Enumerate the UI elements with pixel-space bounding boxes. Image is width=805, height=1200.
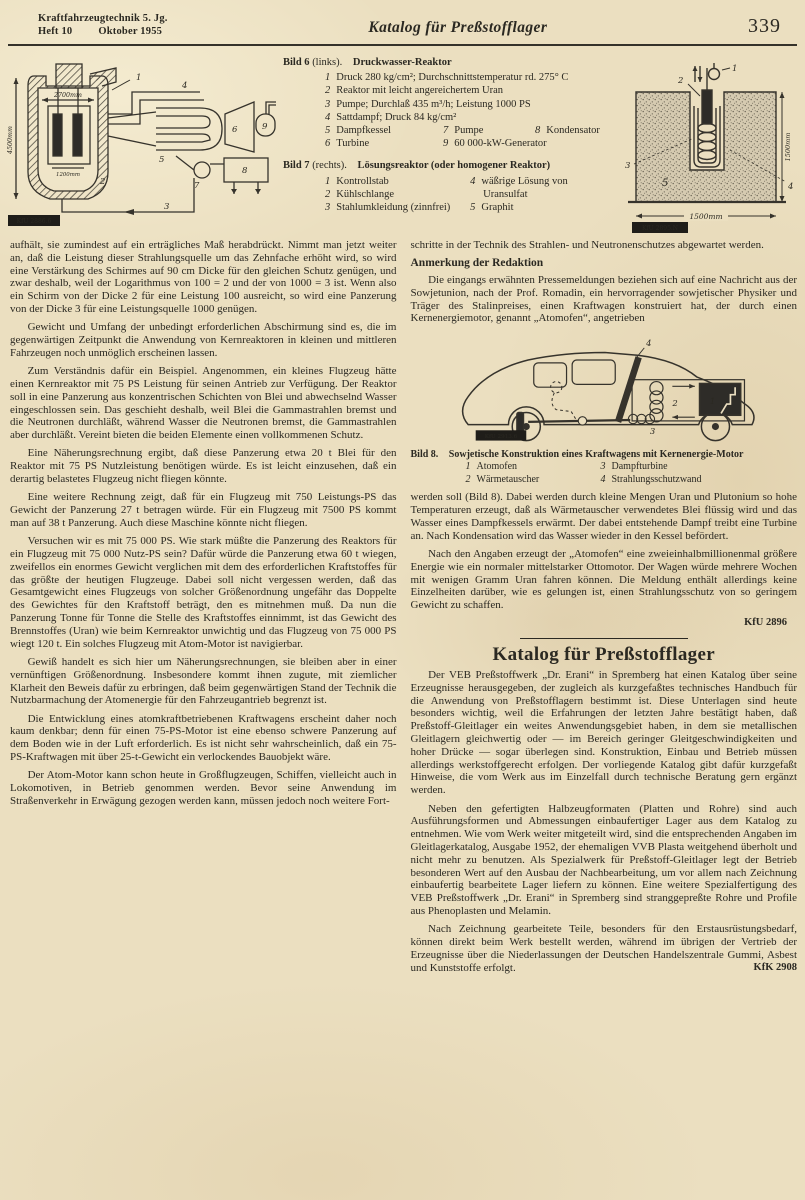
svg-text:9: 9 [262,122,268,132]
right-column: schritte in der Technik des Strahlen- un… [411,239,798,980]
fig8-car-diagram: 1 2 3 4 KfU 2913.6 [439,331,769,449]
fig6-caption: Bild 6 (links). Druckwasser-Reaktor [283,56,623,69]
svg-text:4: 4 [181,81,187,91]
svg-text:2: 2 [671,398,677,408]
fig8-legend: 1Atomofen 2Wärmetauscher 3Dampfturbine 4… [466,461,798,486]
fuel-rod [73,114,82,156]
running-title: Katalog für Preßstofflager [168,19,748,38]
dim-height: 1500mm [784,133,792,162]
paragraph: Eine Näherungsrechnung ergibt, daß diese… [10,447,397,485]
editorial-signature: KfU 2896 [411,617,798,630]
page-header: Kraftfahrzeugtechnik 5. Jg. Heft 10 Okto… [0,0,805,41]
paragraph: Neben den gefertigten Halbzeugformaten (… [411,803,798,918]
paragraph: Nach Zeichnung gearbeitete Teile, besond… [411,923,798,974]
svg-text:5: 5 [662,178,668,189]
control-rod [702,90,712,124]
section-divider [520,638,688,639]
left-column: aufhält, sie zumindest auf ein erträglic… [10,239,397,980]
paragraph: Der VEB Preßstoffwerk „Dr. Erani“ in Spr… [411,669,798,797]
fig7-caption: Bild 7 (rechts). Lösungsreaktor (oder ho… [283,159,623,172]
paragraph: Die Entwicklung eines atomkraftbetrieben… [10,713,397,764]
issue-number: Heft 10 [38,25,72,38]
paragraph: Die eingangs erwähnten Pressemeldungen b… [411,274,798,325]
svg-text:KfU 2895.N: KfU 2895.N [642,225,678,232]
svg-text:1: 1 [732,64,737,74]
journal-title: Kraftfahrzeugtechnik 5. Jg. [38,12,168,25]
side-window [572,360,615,384]
journal-page: Kraftfahrzeugtechnik 5. Jg. Heft 10 Okto… [0,0,805,1200]
journal-info: Kraftfahrzeugtechnik 5. Jg. Heft 10 Okto… [38,12,168,38]
paragraph: Zum Verständnis dafür ein Beispiel. Ange… [10,365,397,442]
issue-date: Oktober 1955 [98,25,162,38]
header-rule [8,44,797,46]
fig6-legend: 1Druck 280 kg/cm²; Durchschnittstemperat… [325,71,623,150]
fig7-legend: 1Kontrollstab 2Kühlschlange 3Stahlumklei… [325,175,623,215]
fig6-label: Bild 6 [283,57,310,68]
dim-width: 2700mm [53,92,82,99]
boiler [156,108,222,150]
heat-exchanger-coil [650,381,663,421]
svg-text:2: 2 [677,76,683,86]
svg-text:3: 3 [625,161,630,171]
paragraph: schritte in der Technik des Strahlen- un… [411,239,798,252]
vessel-plug [56,64,82,88]
dim-core: 1200mm [56,172,80,178]
svg-text:3: 3 [164,202,169,212]
page-number: 339 [748,15,795,38]
figure-captions: Bild 6 (links). Druckwasser-Reaktor 1Dru… [283,56,623,214]
dim-width: 1500mm [689,212,722,221]
paragraph: Gewicht und Umfang der unbedingt erforde… [10,321,397,359]
side-window [534,363,567,387]
paragraph: Eine weitere Rechnung zeigt, daß für ein… [10,491,397,529]
svg-text:4: 4 [787,182,793,192]
paragraph: Versuchen wir es mit 75 000 PS. Wie star… [10,535,397,650]
fig7-label: Bild 7 [283,160,310,171]
svg-text:8: 8 [242,166,248,176]
paragraph: Gewiß handelt es sich hier um Näherungsr… [10,656,397,707]
radiation-shield [618,357,639,422]
fig6-reactor-diagram: 1 2 3 4 5 6 7 8 9 4500mm 2700mm 1200mm K… [4,52,278,228]
section-heading: Katalog für Preßstofflager [411,649,798,662]
svg-text:1: 1 [136,73,141,83]
svg-text:1: 1 [710,396,715,406]
fig8-figure: 1 2 3 4 KfU 2913.6 Bild 8. Sowjetische K… [411,331,798,487]
turbine [225,102,254,152]
dim-height: 4500mm [7,126,14,155]
svg-text:3: 3 [650,426,655,436]
fig8-caption: Bild 8. Sowjetische Konstruktion eines K… [411,449,798,487]
svg-text:5: 5 [159,155,164,165]
paragraph: aufhält, sie zumindest auf ein erträglic… [10,239,397,316]
paragraph: werden soll (Bild 8). Dabei werden durch… [411,491,798,542]
svg-text:6: 6 [232,125,238,135]
svg-text:2: 2 [99,177,105,187]
note-heading: Anmerkung der Redaktion [411,257,798,270]
paragraph: Nach den Angaben erzeugt der „Atomofen“ … [411,548,798,612]
pump [194,162,210,178]
fuel-rod [53,114,62,156]
svg-text:4: 4 [645,338,651,348]
fig7-reactor-diagram: 1 2 3 4 5 1500mm 1500mm KfU 2895.N [618,50,800,236]
figures-band: 1 2 3 4 5 6 7 8 9 4500mm 2700mm 1200mm K… [0,50,805,234]
article-signature: KfK 2908 [736,962,797,975]
svg-text:KfU 2886.6: KfU 2886.6 [17,218,52,225]
fig8-label: Bild 8. [411,449,439,460]
article-body: aufhält, sie zumindest auf ein erträglic… [0,234,805,980]
svg-text:7: 7 [194,181,200,191]
pulley [709,69,720,80]
svg-text:KfU 2913.6: KfU 2913.6 [485,434,518,440]
paragraph: Der Atom-Motor kann schon heute in Großf… [10,769,397,807]
